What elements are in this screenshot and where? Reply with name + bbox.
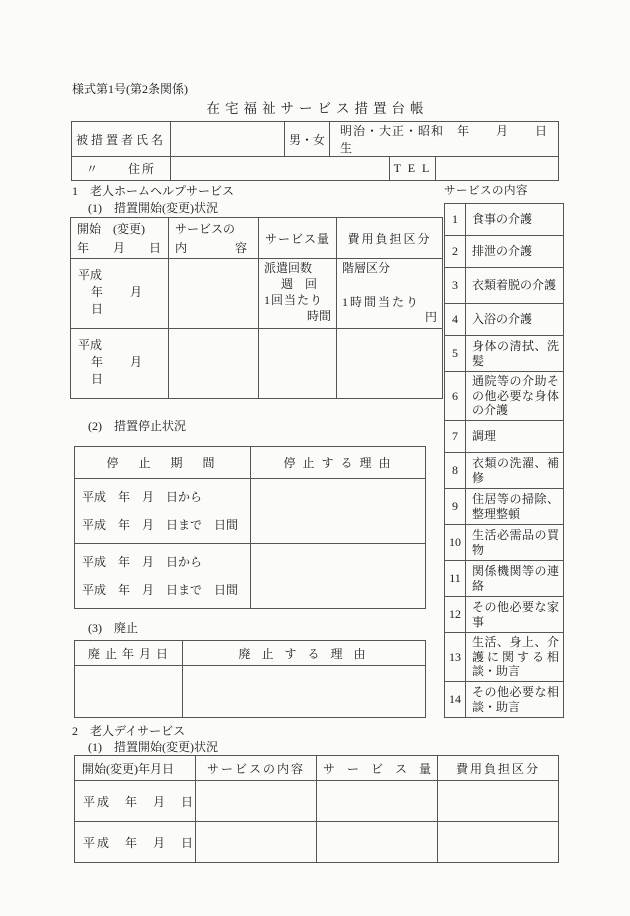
start-date-cell: 平成 年 月 日 — [71, 329, 169, 399]
service-row: 8 衣類の洗濯、補修 — [445, 453, 564, 489]
service-number: 8 — [445, 453, 466, 489]
recipient-tel-label: T E L — [390, 157, 436, 181]
recipient-address-value-cell — [171, 157, 390, 181]
service-row: 2 排泄の介護 — [445, 236, 564, 268]
service-number: 13 — [445, 633, 466, 682]
service-text: 住居等の掃除、整理整頓 — [466, 489, 564, 525]
section-2-heading: 2 老人デイサービス — [72, 724, 630, 739]
service-row: 11 関係機関等の連絡 — [445, 561, 564, 597]
service-row: 12 その他必要な家事 — [445, 597, 564, 633]
recipient-tel-value-cell — [436, 157, 559, 181]
service-content-title: サービスの内容 — [444, 183, 556, 199]
service-number: 14 — [445, 682, 466, 718]
per-week-label: 週 回 — [264, 278, 331, 292]
abolition-row — [75, 666, 426, 718]
service-amount-cell: 派遣回数 週 回 1回当たり 時間 — [259, 259, 337, 329]
col-suspension-period-header: 停 止 期 間 — [75, 447, 251, 479]
service-row: 3 衣類着脱の介護 — [445, 268, 564, 304]
service-row: 10 生活必需品の買物 — [445, 525, 564, 561]
service-amount-cell — [259, 329, 337, 399]
service-text: 調理 — [466, 421, 564, 453]
era-label: 平成 — [78, 336, 162, 353]
form-title: 在宅福祉サービス措置台帳 — [72, 101, 558, 117]
suspension-to-placeholder: 平成 年 月 日まで 日間 — [82, 518, 246, 532]
day-service-header-row: 開始(変更)年月日 サービスの内容 サ ー ビ ス 量 費用負担区分 — [75, 756, 559, 781]
service-row: 9 住居等の掃除、整理整頓 — [445, 489, 564, 525]
service-number: 6 — [445, 372, 466, 421]
abolition-reason-cell — [183, 666, 426, 718]
col-start-date-header: 開始 (変更) 年 月 日 — [71, 218, 169, 259]
service-content-cell — [196, 781, 317, 822]
suspension-from-placeholder: 平成 年 月 日から — [82, 555, 246, 569]
suspension-period-cell: 平成 年 月 日から 平成 年 月 日まで 日間 — [75, 544, 251, 609]
service-number: 11 — [445, 561, 466, 597]
service-amount-cell — [317, 781, 438, 822]
col-cost-share-header: 費用負担区分 — [438, 756, 559, 781]
service-content-panel: サービスの内容 1 食事の介護 2 排泄の介護 3 衣類着脱の介護 4 入浴の介… — [444, 183, 556, 718]
service-number: 10 — [445, 525, 466, 561]
tier-label: 階層区分 — [342, 262, 437, 276]
service-amount-cell — [317, 822, 438, 863]
col-start-date-header-line1: 開始 (変更) — [77, 220, 162, 237]
service-text: 生活必需品の買物 — [466, 525, 564, 561]
day-service-start-table: 開始(変更)年月日 サービスの内容 サ ー ビ ス 量 費用負担区分 平成 年 … — [74, 755, 559, 863]
yen-label: 円 — [342, 311, 437, 325]
dispatch-count-label: 派遣回数 — [264, 262, 331, 276]
home-help-start-header-row: 開始 (変更) 年 月 日 サービスの 内 容 サービス量 費用負担区分 — [71, 218, 443, 259]
service-text: 衣類着脱の介護 — [466, 268, 564, 304]
service-row: 1 食事の介護 — [445, 204, 564, 236]
start-date-cell: 平成 年 月 日 — [71, 259, 169, 329]
home-help-start-row-1: 平成 年 月 日 派遣回数 週 回 1回当たり 時間 階層区分 — [71, 259, 443, 329]
cost-share-cell: 階層区分 1時間当たり 円 — [337, 259, 443, 329]
start-date-cell: 平成 年 月 日 — [75, 822, 196, 863]
home-help-start-table: 開始 (変更) 年 月 日 サービスの 内 容 サービス量 費用負担区分 — [70, 217, 443, 399]
service-text: その他必要な家事 — [466, 597, 564, 633]
service-row: 4 入浴の介護 — [445, 304, 564, 336]
per-hour-label: 1時間当たり — [342, 296, 437, 310]
service-text: 身体の清拭、洗髪 — [466, 336, 564, 372]
suspension-row-1: 平成 年 月 日から 平成 年 月 日まで 日間 — [75, 479, 426, 544]
suspension-table: 停 止 期 間 停 止 す る 理 由 平成 年 月 日から 平成 年 月 日ま… — [74, 446, 426, 609]
date-placeholder: 年 月 日 — [78, 353, 162, 387]
service-number: 2 — [445, 236, 466, 268]
recipient-birth-label: 明治・大正・昭和 年 月 日生 — [330, 122, 559, 157]
recipient-address-label: 〃 住所 — [72, 157, 171, 181]
col-service-amount-header: サービス量 — [259, 218, 337, 259]
service-row: 5 身体の清拭、洗髪 — [445, 336, 564, 372]
service-number: 3 — [445, 268, 466, 304]
hours-label: 時間 — [264, 310, 331, 324]
service-text: 生活、身上、介護に関する相談・助言 — [466, 633, 564, 682]
section-2-1-heading: (1) 措置開始(変更)状況 — [88, 740, 630, 755]
col-abolition-date-header: 廃 止 年 月 日 — [75, 641, 183, 666]
recipient-name-label: 被措置者氏名 — [72, 122, 171, 157]
suspension-to-placeholder: 平成 年 月 日まで 日間 — [82, 583, 246, 597]
service-text: 関係機関等の連絡 — [466, 561, 564, 597]
col-start-date-header-line2: 年 月 日 — [77, 239, 162, 256]
col-abolition-reason-header: 廃 止 す る 理 由 — [183, 641, 426, 666]
start-date-cell: 平成 年 月 日 — [75, 781, 196, 822]
service-number: 9 — [445, 489, 466, 525]
service-row: 6 通院等の介助その他必要な身体の介護 — [445, 372, 564, 421]
service-number: 7 — [445, 421, 466, 453]
suspension-header-row: 停 止 期 間 停 止 す る 理 由 — [75, 447, 426, 479]
cost-share-cell — [438, 781, 559, 822]
col-cost-share-header: 費用負担区分 — [337, 218, 443, 259]
home-help-start-row-2: 平成 年 月 日 — [71, 329, 443, 399]
suspension-period-cell: 平成 年 月 日から 平成 年 月 日まで 日間 — [75, 479, 251, 544]
service-text: 衣類の洗濯、補修 — [466, 453, 564, 489]
col-service-content-header: サービスの内容 — [196, 756, 317, 781]
service-row: 14 その他必要な相談・助言 — [445, 682, 564, 718]
abolition-date-cell — [75, 666, 183, 718]
service-number: 12 — [445, 597, 466, 633]
col-service-amount-header: サ ー ビ ス 量 — [317, 756, 438, 781]
abolition-header-row: 廃 止 年 月 日 廃 止 す る 理 由 — [75, 641, 426, 666]
service-content-cell — [196, 822, 317, 863]
col-start-date-header: 開始(変更)年月日 — [75, 756, 196, 781]
service-content-cell — [169, 259, 259, 329]
suspension-reason-cell — [251, 479, 426, 544]
service-number: 1 — [445, 204, 466, 236]
recipient-sex-options: 男・女 — [285, 122, 330, 157]
recipient-name-value-cell — [171, 122, 285, 157]
service-number: 5 — [445, 336, 466, 372]
date-placeholder: 年 月 日 — [78, 283, 162, 317]
cost-share-cell — [438, 822, 559, 863]
era-label: 平成 — [78, 266, 162, 283]
suspension-reason-cell — [251, 544, 426, 609]
recipient-address-row: 〃 住所 T E L — [72, 157, 559, 181]
service-row: 13 生活、身上、介護に関する相談・助言 — [445, 633, 564, 682]
col-service-content-header-line2: 内 容 — [175, 239, 252, 256]
per-visit-label: 1回当たり — [264, 294, 331, 308]
day-service-row-2: 平成 年 月 日 — [75, 822, 559, 863]
service-text: 食事の介護 — [466, 204, 564, 236]
service-text: 通院等の介助その他必要な身体の介護 — [466, 372, 564, 421]
day-service-row-1: 平成 年 月 日 — [75, 781, 559, 822]
service-number: 4 — [445, 304, 466, 336]
service-content-cell — [169, 329, 259, 399]
service-text: 入浴の介護 — [466, 304, 564, 336]
col-service-content-header: サービスの 内 容 — [169, 218, 259, 259]
recipient-info-table: 被措置者氏名 男・女 明治・大正・昭和 年 月 日生 〃 住所 T E L — [71, 121, 559, 181]
abolition-table: 廃 止 年 月 日 廃 止 す る 理 由 — [74, 640, 426, 718]
col-suspension-reason-header: 停 止 す る 理 由 — [251, 447, 426, 479]
suspension-from-placeholder: 平成 年 月 日から — [82, 490, 246, 504]
service-text: 排泄の介護 — [466, 236, 564, 268]
service-row: 7 調理 — [445, 421, 564, 453]
service-content-table: 1 食事の介護 2 排泄の介護 3 衣類着脱の介護 4 入浴の介護 5 身体 — [444, 203, 564, 718]
form-number-note: 様式第1号(第2条関係) — [72, 82, 630, 97]
recipient-name-row: 被措置者氏名 男・女 明治・大正・昭和 年 月 日生 — [72, 122, 559, 157]
service-text: その他必要な相談・助言 — [466, 682, 564, 718]
document-page: 様式第1号(第2条関係) 在宅福祉サービス措置台帳 被措置者氏名 男・女 明治・… — [0, 0, 630, 916]
cost-share-cell — [337, 329, 443, 399]
col-service-content-header-line1: サービスの — [175, 220, 252, 237]
suspension-row-2: 平成 年 月 日から 平成 年 月 日まで 日間 — [75, 544, 426, 609]
